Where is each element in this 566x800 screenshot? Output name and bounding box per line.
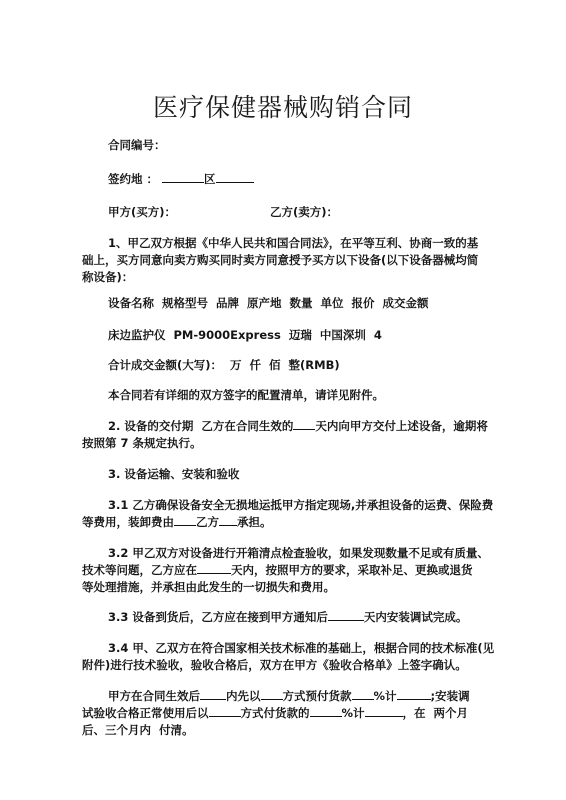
party-b-label: 乙方(卖方)： — [270, 204, 338, 221]
blank-field — [197, 562, 231, 574]
document-page: 医疗保健器械购销合同 合同编号： 签约地 ： 区 甲方(买方)： 乙方(卖方)：… — [0, 0, 566, 800]
clause3-1-text: 乙方 — [196, 515, 219, 529]
district-label: 区 — [204, 172, 216, 186]
clause3-2-line2: 技术等问题，乙方应在天内，按照甲方的要求，采取补足、更换或退货 — [82, 562, 473, 579]
blank-field — [352, 688, 374, 700]
clause3-1-text: 承担。 — [237, 515, 272, 529]
clause2-line1: 2. 设备的交付期 乙方在合同生效的天内向甲方交付上述设备，逾期将 — [108, 418, 488, 435]
payment-text: 内先以 — [226, 689, 261, 703]
clause2-text: 2. 设备的交付期 乙方在合同生效的 — [108, 419, 293, 433]
clause3-1-text: 等费用，装卸费由 — [82, 515, 174, 529]
clause2-text: 天内向甲方交付上述设备，逾期将 — [315, 419, 488, 433]
clause3-3-line1: 3.3 设备到货后，乙方应在接到甲方通知后天内安装调试完成。 — [108, 609, 467, 626]
clause1-line2: 础上，买方同意向卖方购买同时卖方同意授予买方以下设备(以下设备器械均简 — [82, 252, 478, 269]
clause1-line1: 1、甲乙双方根据《中华人民共和国合同法》，在平等互利、协商一致的基 — [108, 235, 478, 252]
blank-field — [209, 705, 241, 717]
blank-field — [397, 688, 431, 700]
payment-text: 方式预付货款 — [283, 689, 352, 703]
payment-line3: 后、三个月内 付清。 — [82, 722, 194, 739]
payment-text: %计 — [374, 689, 397, 703]
sign-place-label: 签约地 ： — [108, 172, 158, 186]
clause3-4-line2: 附件)进行技术验收，验收合格后，双方在甲方《验收合格单》上签字确认。 — [82, 657, 467, 674]
total-amount: 合计成交金额(大写)： 万 仟 佰 整(RMB) — [108, 357, 340, 374]
clause3-heading: 3. 设备运输、安装和验收 — [108, 466, 239, 483]
blank-field — [162, 171, 204, 183]
payment-text: %计 — [342, 706, 365, 720]
blank-field — [219, 514, 237, 526]
equipment-row: 床边监护仪 PM-9000Express 迈瑞 中国深圳 4 — [108, 327, 382, 344]
clause3-3-text: 天内安装调试完成。 — [364, 610, 468, 624]
blank-field — [310, 705, 342, 717]
payment-line2: 试验收合格正常使用后以方式付货款的%计，在 两个月 — [82, 705, 468, 722]
clause3-2-text: 技术等问题，乙方应在 — [82, 563, 197, 577]
blank-field — [261, 688, 283, 700]
blank-field — [328, 609, 364, 621]
clause3-2-line3: 等处理措施，并承担由此发生的一切损失和费用。 — [82, 579, 335, 596]
attachment-note: 本合同若有详细的双方签字的配置清单，请详见附件。 — [108, 387, 384, 404]
clause3-3-text: 3.3 设备到货后，乙方应在接到甲方通知后 — [108, 610, 328, 624]
clause3-2-text: 天内，按照甲方的要求，采取补足、更换或退货 — [231, 563, 473, 577]
clause3-4-line1: 3.4 甲、乙双方在符合国家相关技术标准的基础上，根据合同的技术标准(见 — [108, 640, 494, 657]
sign-place-line: 签约地 ： 区 — [108, 171, 254, 188]
clause1-line3: 称设备)： — [82, 269, 133, 286]
payment-text: ;安装调 — [431, 689, 470, 703]
contract-number-label: 合同编号： — [108, 137, 166, 154]
page-title: 医疗保健器械购销合同 — [0, 88, 566, 124]
payment-line1: 甲方在合同生效后内先以方式预付货款%计;安装调 — [108, 688, 470, 705]
blank-field — [216, 171, 254, 183]
clause3-2-line1: 3.2 甲乙双方对设备进行开箱清点检查验收，如果发现数量不足或有质量、 — [108, 545, 489, 562]
clause3-1-line2: 等费用，装卸费由乙方承担。 — [82, 514, 272, 531]
payment-text: 试验收合格正常使用后以 — [82, 706, 209, 720]
blank-field — [200, 688, 226, 700]
payment-text: ，在 两个月 — [403, 706, 469, 720]
clause3-1-line1: 3.1 乙方确保设备安全无损地运抵甲方指定现场,并承担设备的运费、保险费 — [108, 497, 493, 514]
payment-text: 方式付货款的 — [241, 706, 310, 720]
blank-field — [365, 705, 403, 717]
party-a-label: 甲方(买方)： — [108, 204, 176, 221]
blank-field — [293, 418, 315, 430]
blank-field — [174, 514, 196, 526]
equipment-header: 设备名称 规格型号 品牌 原产地 数量 单位 报价 成交金额 — [108, 295, 429, 312]
payment-text: 甲方在合同生效后 — [108, 689, 200, 703]
clause2-line2: 按照第 7 条规定执行。 — [82, 435, 202, 452]
